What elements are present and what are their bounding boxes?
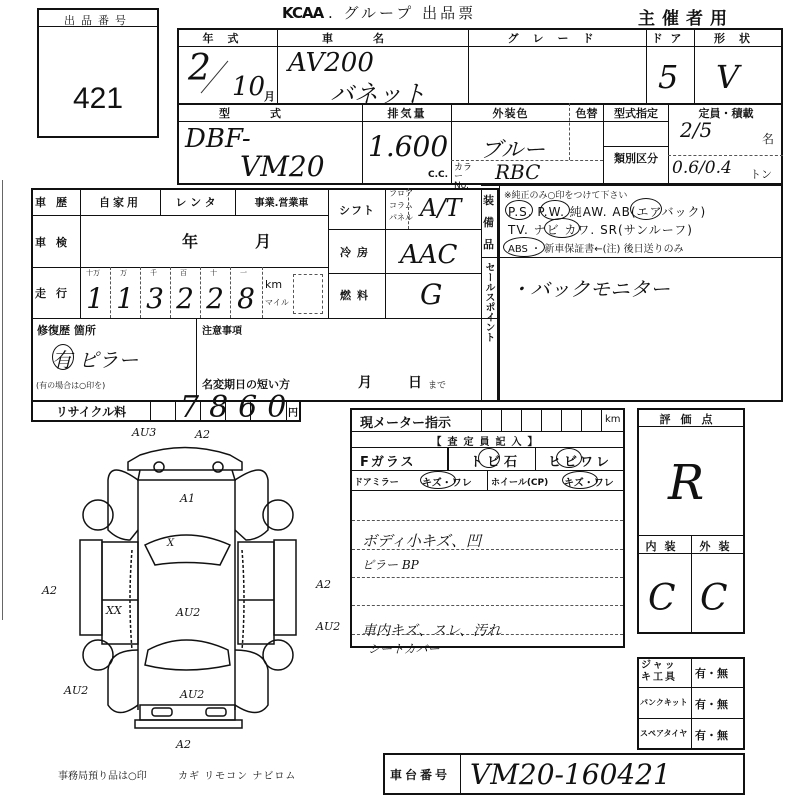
history-option-private[interactable]: 自家用 xyxy=(80,194,160,210)
inspector-comment-5: シートカバー xyxy=(368,640,440,657)
history-options: 自家用 レンタ 事業.営業車 xyxy=(80,194,328,210)
equipment-label: 装備品 xyxy=(483,190,497,256)
damage-mark-windshield: X xyxy=(167,538,174,549)
mileage-digits: 1 1 3 2 2 8 xyxy=(80,282,262,315)
capacity-persons-unit: 名 xyxy=(762,130,774,147)
damage-mark-rear: AU2 xyxy=(180,688,204,701)
meter-label: 現メーター指示 xyxy=(360,412,451,431)
office-note: 事務局預り品は○印 xyxy=(58,767,147,782)
equipment-row-1: P.S. P.W. 純AW. AB(エアバック) xyxy=(508,203,706,220)
wheel-label: ホイール(CP) xyxy=(491,475,548,488)
history-option-business[interactable]: 事業.営業車 xyxy=(235,194,328,210)
puncture-options[interactable]: 有・無 xyxy=(695,696,728,712)
chassis-label: 車台番号 xyxy=(390,766,450,783)
circle-abs xyxy=(503,237,545,257)
color-label: 外装色 xyxy=(452,105,569,121)
model-designation-label: 型式指定 xyxy=(604,105,668,121)
interior-value: C xyxy=(648,578,676,619)
recycle-unit: 円 xyxy=(288,404,298,419)
shape-label: 形状 xyxy=(695,30,783,46)
lot-number-value: 421 xyxy=(39,82,157,116)
spare-label: スペアタイヤ xyxy=(640,728,687,739)
name-change-day: 日 xyxy=(408,372,422,392)
mileage-label: 走行 xyxy=(32,285,80,301)
puncture-label: パンクキット xyxy=(640,697,688,708)
displacement-value: 1.600 xyxy=(368,130,448,163)
name-change-month: 月 xyxy=(358,372,372,392)
name-label: 車名 xyxy=(278,30,468,46)
sale-point-label: セールスポイント xyxy=(484,262,496,342)
history-label: 車歴 xyxy=(32,194,80,210)
category-label: 類別区分 xyxy=(604,150,668,166)
interior-label: 内装 xyxy=(638,538,691,554)
form-title: . グループ 出品票 xyxy=(328,4,476,22)
damage-mark-hood: A1 xyxy=(180,492,195,505)
recycle-label: リサイクル料 xyxy=(32,403,150,420)
displacement-label: 排気量 xyxy=(363,105,451,121)
displacement-unit: C.C. xyxy=(428,170,448,180)
fglass-label: Fガラス xyxy=(360,451,416,470)
inspection-label: 車検 xyxy=(32,234,80,250)
mileage-places: 十万 万 千 百 十 一 xyxy=(80,268,262,278)
history-option-rental[interactable]: レンタ xyxy=(160,194,235,210)
color-no-label: カラー No. xyxy=(454,164,474,191)
office-items: カギ リモコン ナビロム xyxy=(178,767,296,782)
spare-options[interactable]: 有・無 xyxy=(695,727,728,743)
year-label: 年式 xyxy=(178,30,277,46)
capacity-tons-unit: トン xyxy=(750,166,772,182)
repair-note: (有の場合は○印を) xyxy=(36,380,105,391)
header-title: KCAA . グループ 出品票 xyxy=(282,2,476,23)
shift-label: シフト xyxy=(329,202,385,218)
damage-mark-rear-bumper: A2 xyxy=(176,738,191,751)
exterior-value: C xyxy=(700,578,728,619)
model-label: 型式 xyxy=(178,105,362,121)
circle-pw xyxy=(540,200,570,220)
repair-label: 修復歴 箇所 xyxy=(37,322,96,338)
circle-ab xyxy=(630,198,662,220)
inspection-year-unit: 年 xyxy=(182,229,198,252)
brand-logo: KCAA xyxy=(282,4,323,22)
shift-value: A/T xyxy=(420,194,461,222)
equipment-note: ※純正のみ○印をつけて下さい xyxy=(504,188,627,201)
damage-mark-left-side: A2 xyxy=(42,584,57,597)
car-name-value-2: バネット xyxy=(330,74,426,109)
sale-point-value: ・バックモニター xyxy=(510,273,670,302)
score-value: R xyxy=(668,455,704,511)
circle-ps xyxy=(505,200,533,220)
name-change-until: まで xyxy=(428,378,446,391)
copy-label: 主催者用 xyxy=(638,4,734,29)
mileage-unit-km: km xyxy=(265,278,282,291)
capacity-persons-value: 2/5 xyxy=(680,118,712,142)
inspection-month-unit: 月 xyxy=(255,229,271,252)
jack-options[interactable]: 有・無 xyxy=(695,665,728,681)
ac-label: 冷房 xyxy=(329,244,385,260)
damage-mark-front-left: AU3 xyxy=(132,426,156,439)
grade-field-label: グレード xyxy=(469,30,646,46)
notes-label: 注意事項 xyxy=(202,322,242,337)
color-no-value: RBC xyxy=(495,160,540,184)
fuel-value: G xyxy=(420,278,442,311)
fuel-label: 燃料 xyxy=(329,287,385,303)
shape-value: V xyxy=(716,58,739,96)
mileage-unit-mile: マイル xyxy=(265,297,289,308)
jack-label: ジャッキ工具 xyxy=(641,660,687,684)
mirror-label: ドアミラー xyxy=(354,475,399,488)
damage-mark-right-door: AU2 xyxy=(316,620,340,633)
inspector-comment-4: 車内キズ、スレ、汚れ xyxy=(362,620,501,640)
month-value: 10 xyxy=(232,72,265,102)
color-change-label: 色替 xyxy=(570,105,603,121)
inspector-comment-2: ピラー BP xyxy=(362,556,419,573)
meter-unit: km xyxy=(605,414,621,425)
ac-value: AAC xyxy=(400,240,457,270)
inspector-section-label: 【査定員記入】 xyxy=(350,433,625,448)
damage-mark-left-door: XX xyxy=(106,604,122,617)
door-label: ドア xyxy=(647,30,694,46)
shift-options: フロア コラム パネル xyxy=(389,188,413,224)
damage-mark-rear-left: AU2 xyxy=(64,684,88,697)
score-label: 評価点 xyxy=(638,411,744,427)
damage-mark-roof: AU2 xyxy=(176,606,200,619)
model-value-2: VM20 xyxy=(240,150,325,183)
capacity-tons-value: 0.6/0.4 xyxy=(672,158,732,178)
exterior-label: 外装 xyxy=(692,538,745,554)
circle-navi xyxy=(544,218,580,238)
damage-mark-right-side: A2 xyxy=(316,578,331,591)
lot-number-box: 出品番号 421 xyxy=(37,8,159,138)
inspector-comment-1: ボディ小キズ、凹 xyxy=(362,530,481,551)
equipment-row-2: TV. ナビ カワ. SR(サンルーフ) xyxy=(508,221,693,238)
chassis-value: VM20-160421 xyxy=(470,758,671,791)
month-unit: 月 xyxy=(264,88,275,104)
door-value: 5 xyxy=(658,58,678,96)
damage-mark-front: A2 xyxy=(195,428,210,441)
